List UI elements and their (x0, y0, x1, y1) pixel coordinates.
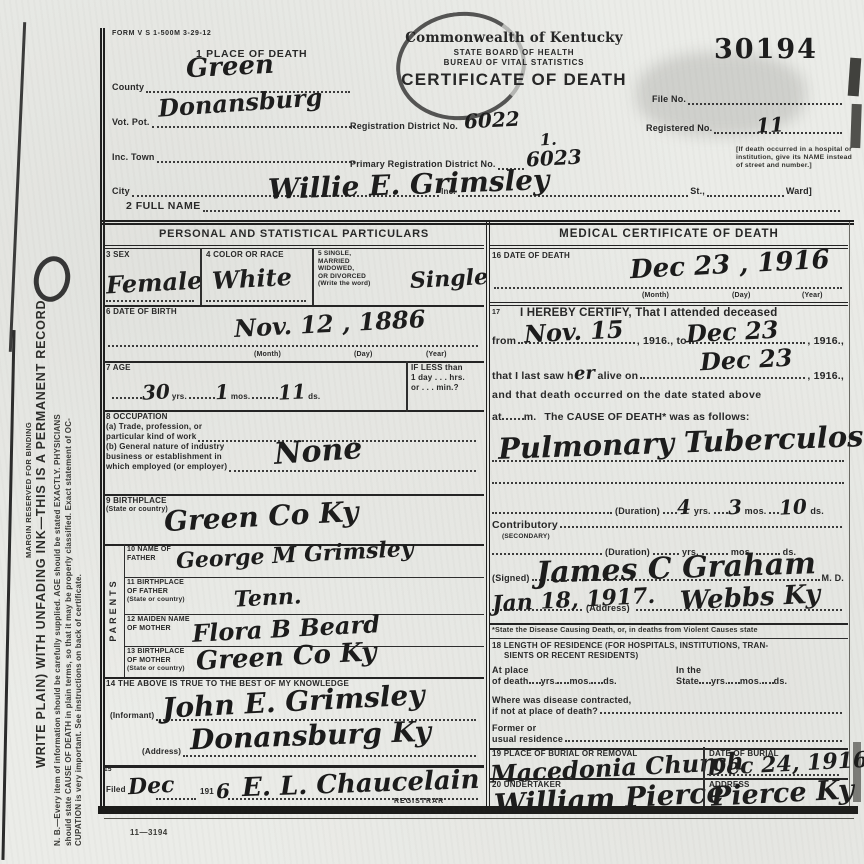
dotted-leader (565, 737, 842, 742)
dotted-leader (529, 679, 541, 684)
to-year-printed: , 1916., (807, 335, 844, 348)
full-name-label: 2 FULL NAME (126, 200, 201, 212)
last-saw-year-printed: , 1916., (807, 370, 844, 383)
dotted-leader (728, 679, 740, 684)
former-residence-line: usual residence (492, 734, 844, 745)
father-birthplace-label: OF FATHER (124, 588, 484, 597)
year-caption: (Year) (802, 292, 823, 301)
dotted-leader (494, 284, 842, 289)
if-less-line: or . . . min.? (411, 383, 489, 393)
duration-label: (Duration) (615, 506, 660, 517)
from-label: from (492, 335, 516, 348)
occupation-label: 8 OCCUPATION (106, 412, 484, 422)
registration-district-row: Registration District No. 6022 (350, 108, 580, 132)
dotted-leader (106, 297, 194, 302)
margin-nb-line: should state CAUSE OF DEATH in plain ter… (64, 64, 75, 846)
attended-from-handwritten: Nov. 15 (523, 314, 624, 348)
former-residence-label: usual residence (492, 734, 563, 745)
form-number-footer: 11—3194 (130, 828, 168, 838)
precinct-row: Vot. Pot. (112, 117, 357, 128)
age-row: 7 AGE 30 yrs. 1 mos. 11 ds. IF LESS than… (104, 361, 484, 412)
color-race-handwritten: White (211, 262, 292, 295)
dotted-leader (714, 509, 728, 514)
from-year-printed: , 1916., to (637, 335, 687, 348)
county-label: County (112, 82, 144, 93)
margin-nb-line: CUPATION is very important. See instruct… (74, 64, 85, 846)
at-place-label: At place (492, 665, 529, 676)
if-less-cell: IF LESS than 1 day . . . hrs. or . . . m… (406, 361, 489, 412)
mother-birthplace-row: 13 BIRTHPLACE OF MOTHER (State or countr… (124, 646, 484, 677)
dotted-leader (108, 342, 478, 347)
precinct-label: Vot. Pot. (112, 117, 150, 128)
md-label: M. D. (822, 573, 845, 584)
mos-label: mos. (231, 392, 250, 402)
inc-town-row: Inc. Town (112, 152, 357, 163)
father-birthplace-handwritten: Tenn. (233, 583, 302, 612)
dotted-leader (492, 457, 844, 462)
of-death-label: of death (492, 676, 529, 687)
age-value-line: 30 yrs. 1 mos. 11 ds. (112, 380, 392, 404)
signed-block: (Signed) M. D. James C Graham (Address) … (490, 565, 848, 625)
in-the-label: In the (676, 665, 701, 676)
occupation-b-line: which employed (or employer) (106, 462, 227, 472)
filed-number: 15 (104, 766, 112, 774)
right-edge-mark-1 (848, 58, 862, 97)
occupation-a-line: (a) Trade, profession, or (106, 422, 484, 432)
dotted-leader (663, 509, 677, 514)
dotted-leader (600, 709, 842, 714)
right-edge-mark-2 (850, 104, 862, 148)
date-of-birth-row: 6 DATE OF BIRTH Nov. 12 , 1886 (Month) (… (104, 305, 484, 363)
sex-handwritten: Female (105, 265, 203, 299)
personal-section: PERSONAL AND STATISTICAL PARTICULARS 3 S… (104, 227, 484, 806)
city-label: City (112, 186, 130, 197)
mos-label: mos. (740, 676, 762, 687)
personal-title: PERSONAL AND STATISTICAL PARTICULARS (104, 227, 484, 249)
form-id-line: FORM V S 1-500M 3-29-12 (112, 30, 211, 39)
st-label: St., (690, 186, 705, 197)
last-saw-date-handwritten: Dec 23 (699, 343, 793, 377)
file-no-row: File No. (652, 94, 844, 105)
age-months-handwritten: 1 (214, 380, 229, 405)
mos-label: mos. (569, 676, 591, 687)
dotted-leader (157, 158, 355, 163)
marital-handwritten: Single (409, 264, 488, 294)
age-years-handwritten: 30 (141, 379, 170, 404)
occupation-row: 8 OCCUPATION (a) Trade, profession, or p… (104, 410, 484, 496)
dotted-leader (557, 679, 569, 684)
file-no-label: File No. (652, 94, 686, 105)
state-or-country-note: (State or country) (124, 596, 484, 604)
state-label: State (676, 676, 699, 687)
cause-block: Pulmonary Tuberculosis (Duration) 4 yrs.… (490, 433, 848, 517)
dotted-leader (203, 207, 840, 212)
dotted-leader (762, 679, 774, 684)
margin-binding-note: MARGIN RESERVED FOR BINDING (24, 436, 33, 558)
registered-no-handwritten: 11 (755, 112, 784, 137)
father-birthplace-label: 11 BIRTHPLACE (124, 577, 484, 588)
burial-place-cell: 19 PLACE OF BURIAL OR REMOVAL Macedonia … (490, 747, 703, 778)
parents-block: PARENTS 10 NAME OF FATHER George M Grims… (104, 544, 484, 679)
duration-months-handwritten: 3 (727, 495, 742, 520)
serial-number: 30194 (714, 34, 818, 65)
undertaker-row: 20 UNDERTAKER William Pierce ADDRESS Pie… (490, 778, 848, 806)
death-occurred-line: and that death occurred on the date stat… (492, 389, 762, 401)
marital-label-line: MARRIED (318, 258, 486, 266)
county-handwritten: Green (185, 50, 274, 85)
year-caption: (Year) (426, 351, 447, 360)
yrs-label: yrs. (694, 506, 711, 517)
registration-district-handwritten: 6022 (463, 107, 520, 134)
dotted-leader (229, 467, 476, 472)
residence-title-line: SIENTS OR RECENT RESIDENTS) (490, 651, 848, 661)
undertaker-address-cell: ADDRESS Pierce Ky (703, 778, 848, 806)
dotted-leader (112, 394, 142, 399)
day-caption: (Day) (732, 292, 751, 301)
dotted-leader (769, 509, 779, 514)
month-caption: (Month) (642, 292, 669, 301)
marital-cell: 5 SINGLE, MARRIED WIDOWED, OR DIVORCED (… (312, 248, 486, 305)
day-caption: (Day) (354, 351, 373, 360)
board-of-health: STATE BOARD OF HEALTH (398, 48, 630, 58)
yrs-label: yrs. (711, 676, 728, 687)
scan-edge-line-top (9, 22, 26, 352)
certify-number: 17 (492, 309, 500, 318)
dotted-leader (492, 509, 612, 514)
inc-town-label: Inc. Town (112, 152, 155, 163)
contributory-label: Contributory (492, 519, 558, 532)
marital-label-line: 5 SINGLE, (318, 250, 486, 258)
yrs-label: yrs. (541, 676, 558, 687)
stray-ink-mark: 1. (540, 130, 558, 150)
m-label: m. (524, 411, 537, 424)
residence-title-line: 18 LENGTH OF RESIDENCE (FOR HOSPITALS, I… (490, 639, 848, 651)
secondary-note: (SECONDARY) (502, 533, 550, 541)
filed-row: 15 Filed Dec 191 6 E. L. Chaucelain REGI… (104, 765, 484, 806)
contracted-line: if not at place of death? (492, 706, 844, 717)
undertaker-cell: 20 UNDERTAKER William Pierce (490, 778, 703, 806)
filed-year-printed: 191 (200, 787, 214, 797)
medical-section: MEDICAL CERTIFICATE OF DEATH 16 DATE OF … (490, 227, 848, 806)
registration-district-label: Registration District No. (350, 121, 458, 132)
commonwealth-title: Commonwealth of Kentucky (398, 30, 630, 46)
at-label: at (492, 411, 502, 424)
if-less-line: 1 day . . . hrs. (411, 373, 489, 383)
last-saw-printed: alive on (598, 370, 639, 383)
certificate-title: CERTIFICATE OF DEATH (398, 70, 630, 90)
dotted-leader (688, 100, 842, 105)
dotted-leader (152, 123, 355, 128)
sex-cell: 3 SEX Female (104, 248, 200, 305)
margin-nb-line: N. B.—Every item of information should b… (53, 64, 64, 846)
ds-label: ds. (308, 392, 320, 402)
dotted-leader (591, 679, 603, 684)
dotted-leader (189, 394, 215, 399)
duration-days-handwritten: 10 (779, 494, 808, 519)
father-name-row: 10 NAME OF FATHER George M Grimsley (124, 544, 484, 578)
dotted-leader (492, 479, 844, 484)
margin-write-plain-note: WRITE PLAIN) WITH UNFADING INK—THIS IS A… (34, 123, 48, 768)
cause-footnote-text: *State the Disease Causing Death, or, in… (490, 625, 848, 634)
attest-block: 14 THE ABOVE IS TRUE TO THE BEST OF MY K… (104, 677, 484, 768)
birthplace-row: 9 BIRTHPLACE (State or country) Green Co… (104, 494, 484, 546)
contributory-line: Contributory (492, 519, 844, 532)
last-saw-printed: that I last saw h (492, 370, 574, 383)
death-certificate-scan: MARGIN RESERVED FOR BINDING WRITE PLAIN)… (0, 0, 864, 864)
at-place-line: of death yrs. mos. ds. (492, 676, 660, 687)
registered-no-row: Registered No. (646, 123, 844, 134)
filed-label: Filed (106, 785, 126, 795)
burial-row: 19 PLACE OF BURIAL OR REMOVAL Macedonia … (490, 747, 848, 780)
hospital-note: [If death occurred in a hospital or inst… (736, 146, 852, 170)
dotted-leader (156, 795, 196, 800)
in-state-line: State yrs. mos. ds. (676, 676, 844, 687)
father-birthplace-row: 11 BIRTHPLACE OF FATHER (State or countr… (124, 577, 484, 615)
contracted-label: if not at place of death? (492, 706, 598, 717)
form-bottom-hairline (104, 818, 854, 819)
month-caption: (Month) (254, 351, 281, 360)
dotted-leader (206, 297, 306, 302)
duration-years-handwritten: 4 (676, 495, 691, 520)
cause-of-death-intro: The CAUSE OF DEATH* was as follows: (544, 411, 749, 424)
form-right-border (849, 222, 850, 808)
dotted-leader (502, 415, 524, 420)
ds-label: ds. (603, 676, 617, 687)
cause-footnote: *State the Disease Causing Death, or, in… (490, 625, 848, 638)
occupation-handwritten: None (273, 431, 364, 472)
contracted-label: Where was disease contracted, (492, 695, 631, 706)
full-name-row: 2 FULL NAME (126, 200, 842, 212)
residence-block: 18 LENGTH OF RESIDENCE (FOR HOSPITALS, I… (490, 638, 848, 750)
signed-label: (Signed) (492, 573, 530, 584)
parents-vertical-label: PARENTS (108, 550, 118, 670)
informant-address-label: (Address) (142, 747, 181, 757)
dotted-leader (707, 192, 784, 197)
dotted-leader (699, 679, 711, 684)
dotted-leader (560, 523, 842, 528)
margin-nb-note: N. B.—Every item of information should b… (53, 64, 85, 846)
parents-strip: PARENTS (104, 544, 125, 677)
color-race-cell: 4 COLOR OR RACE White (200, 248, 314, 305)
state-header-block: Commonwealth of Kentucky STATE BOARD OF … (398, 30, 630, 90)
date-of-death-row: 16 DATE OF DEATH Dec 23 , 1916 (Month) (… (490, 248, 848, 306)
ward-label: Ward] (786, 186, 812, 197)
burial-date-cell: DATE OF BURIAL Dec 24, 1916 (703, 747, 848, 778)
last-saw-her-handwritten: er (573, 362, 595, 384)
yrs-label: yrs. (172, 392, 187, 402)
duration-line: (Duration) 4 yrs. 3 mos. 10 ds. (492, 495, 844, 519)
scan-edge-line-bottom (1, 330, 15, 860)
dotted-leader (252, 394, 278, 399)
bureau-vital-statistics: BUREAU OF VITAL STATISTICS (398, 58, 630, 68)
registrar-label: REGISTRAR (394, 798, 444, 807)
sex-race-marital-row: 3 SEX Female 4 COLOR OR RACE White 5 SIN… (104, 248, 484, 307)
occupation-a-line: particular kind of work (106, 432, 196, 442)
registered-no-label: Registered No. (646, 123, 712, 134)
ds-label: ds. (774, 676, 788, 687)
age-days-handwritten: 11 (278, 379, 307, 404)
former-residence-label: Former or (492, 723, 536, 734)
mos-label: mos. (745, 506, 767, 517)
color-race-label: 4 COLOR OR RACE (202, 248, 314, 260)
sex-label: 3 SEX (104, 248, 200, 260)
certify-block: 17 I HEREBY CERTIFY, That I attended dec… (490, 305, 848, 433)
informant-label: (Informant) (110, 711, 154, 721)
if-less-line: IF LESS than (411, 363, 489, 373)
ds-label: ds. (810, 506, 824, 517)
columns-top-rule (100, 220, 854, 225)
